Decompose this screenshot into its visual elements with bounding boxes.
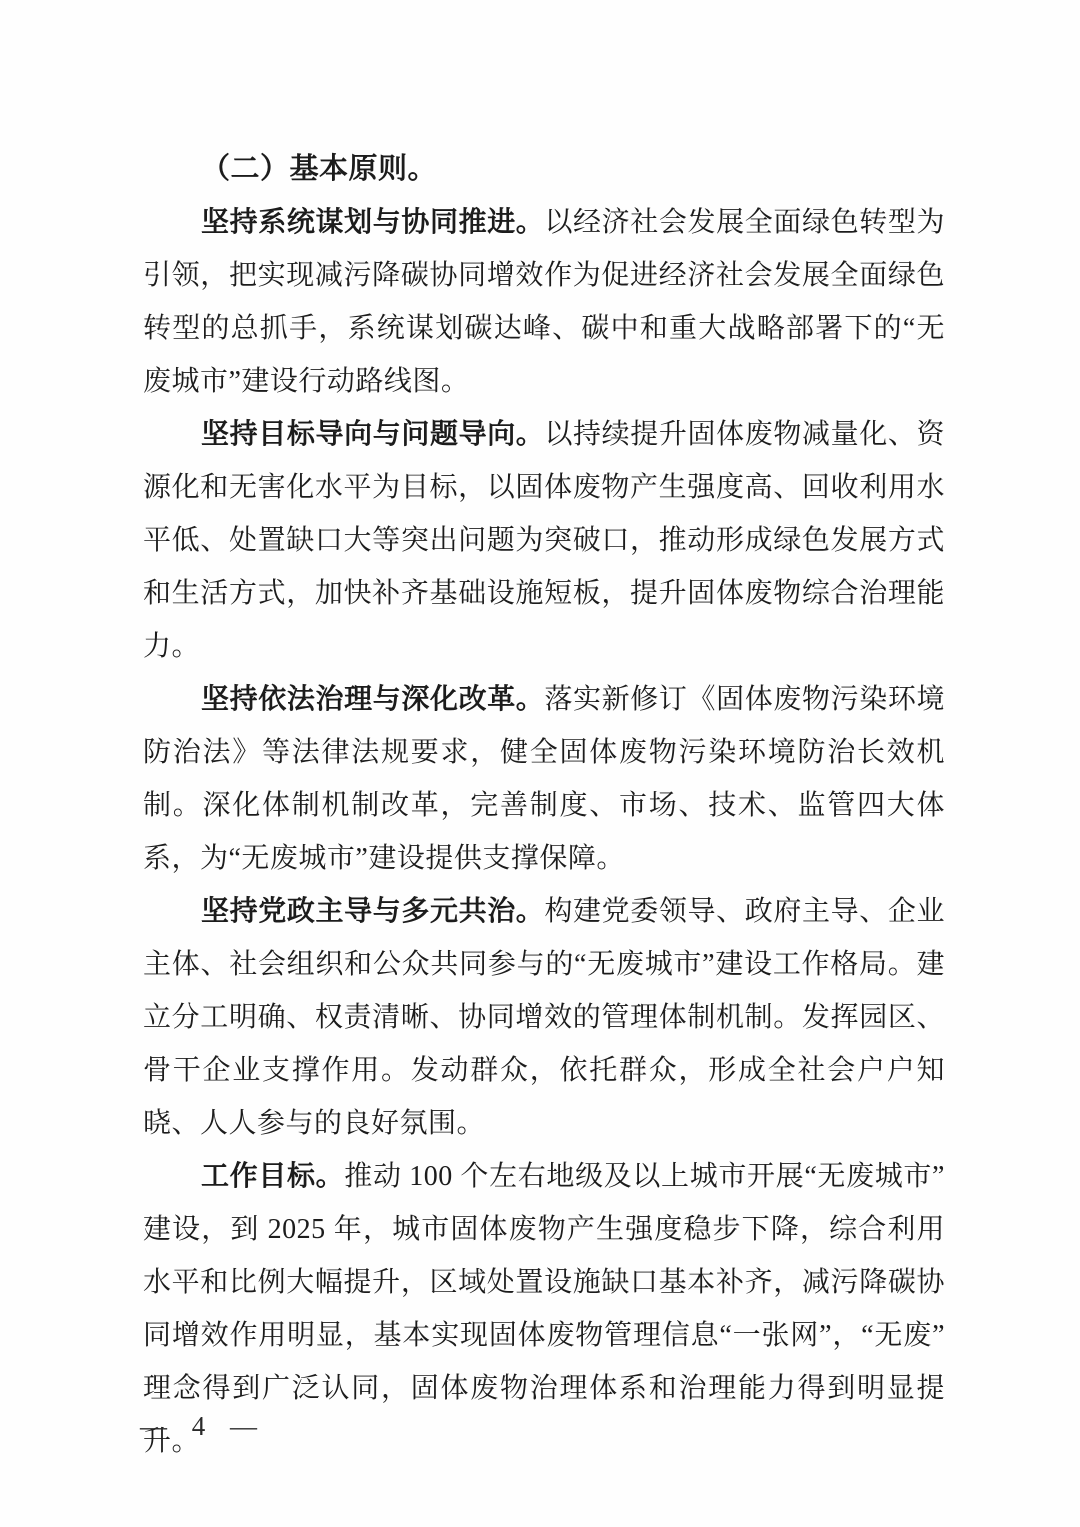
paragraph-lead: 工作目标。 — [201, 1161, 344, 1192]
paragraph: 坚持党政主导与多元共治。构建党委领导、政府主导、企业主体、社会组织和公众共同参与… — [143, 885, 945, 1150]
document-text-block: （二）基本原则。 坚持系统谋划与协同推进。以经济社会发展全面绿色转型为引领，把实… — [143, 143, 945, 1468]
section-heading: （二）基本原则。 — [143, 143, 945, 196]
paragraph-body: 构建党委领导、政府主导、企业主体、社会组织和公众共同参与的“无废城市”建设工作格… — [143, 896, 945, 1139]
page-number: — 4 — — [140, 1408, 942, 1444]
paragraph: 坚持依法治理与深化改革。落实新修订《固体废物污染环境防治法》等法律法规要求，健全… — [143, 673, 945, 885]
paragraph-lead: 坚持依法治理与深化改革。 — [201, 684, 544, 715]
paragraph-lead: 坚持党政主导与多元共治。 — [201, 896, 544, 927]
paragraph-body: 以持续提升固体废物减量化、资源化和无害化水平为目标，以固体废物产生强度高、回收利… — [143, 419, 945, 662]
paragraph: 坚持系统谋划与协同推进。以经济社会发展全面绿色转型为引领，把实现减污降碳协同增效… — [143, 196, 945, 408]
paragraph-lead: 坚持系统谋划与协同推进。 — [201, 207, 544, 238]
paragraph-lead: 坚持目标导向与问题导向。 — [201, 419, 544, 450]
paragraph: 坚持目标导向与问题导向。以持续提升固体废物减量化、资源化和无害化水平为目标，以固… — [143, 408, 945, 673]
document-page: （二）基本原则。 坚持系统谋划与协同推进。以经济社会发展全面绿色转型为引领，把实… — [0, 0, 1080, 1527]
